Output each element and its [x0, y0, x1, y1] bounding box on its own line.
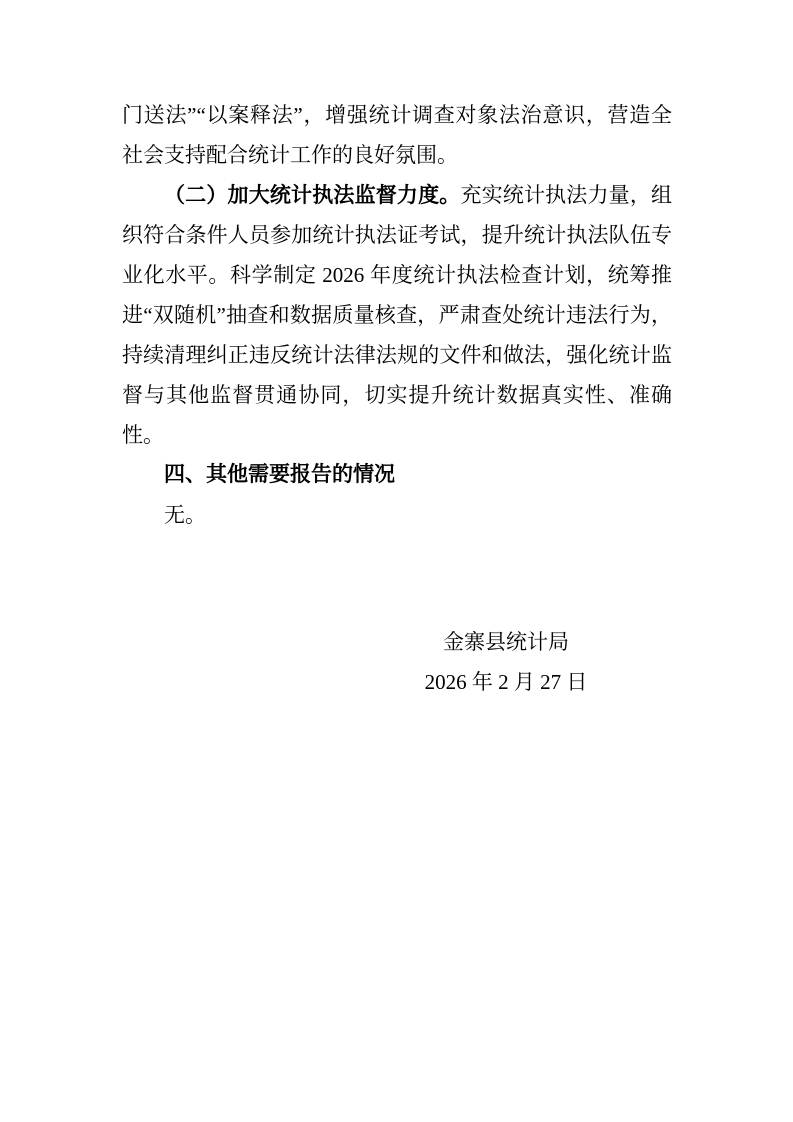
signoff-block: 金寨县统计局 2026 年 2 月 27 日 — [356, 622, 656, 702]
section-heading-other-matters: 四、其他需要报告的情况 — [122, 455, 672, 495]
paragraph-none: 无。 — [122, 495, 672, 535]
paragraph-enforcement-text: 充实统计执法力量，组织符合条件人员参加统计执法证考试，提升统计执法队伍专业化水平… — [122, 183, 672, 447]
signoff-date: 2026 年 2 月 27 日 — [356, 662, 656, 702]
document-body: 门送法”“以案释法”，增强统计调查对象法治意识，营造全社会支持配合统计工作的良好… — [122, 95, 672, 535]
paragraph-law-publicity-continuation: 门送法”“以案释法”，增强统计调查对象法治意识，营造全社会支持配合统计工作的良好… — [122, 95, 672, 175]
paragraph-enforcement-lead: （二）加大统计执法监督力度。 — [164, 183, 460, 207]
document-page: 门送法”“以案释法”，增强统计调查对象法治意识，营造全社会支持配合统计工作的良好… — [0, 0, 793, 1122]
signoff-agency: 金寨县统计局 — [356, 622, 656, 662]
paragraph-enforcement-supervision: （二）加大统计执法监督力度。充实统计执法力量，组织符合条件人员参加统计执法证考试… — [122, 175, 672, 455]
